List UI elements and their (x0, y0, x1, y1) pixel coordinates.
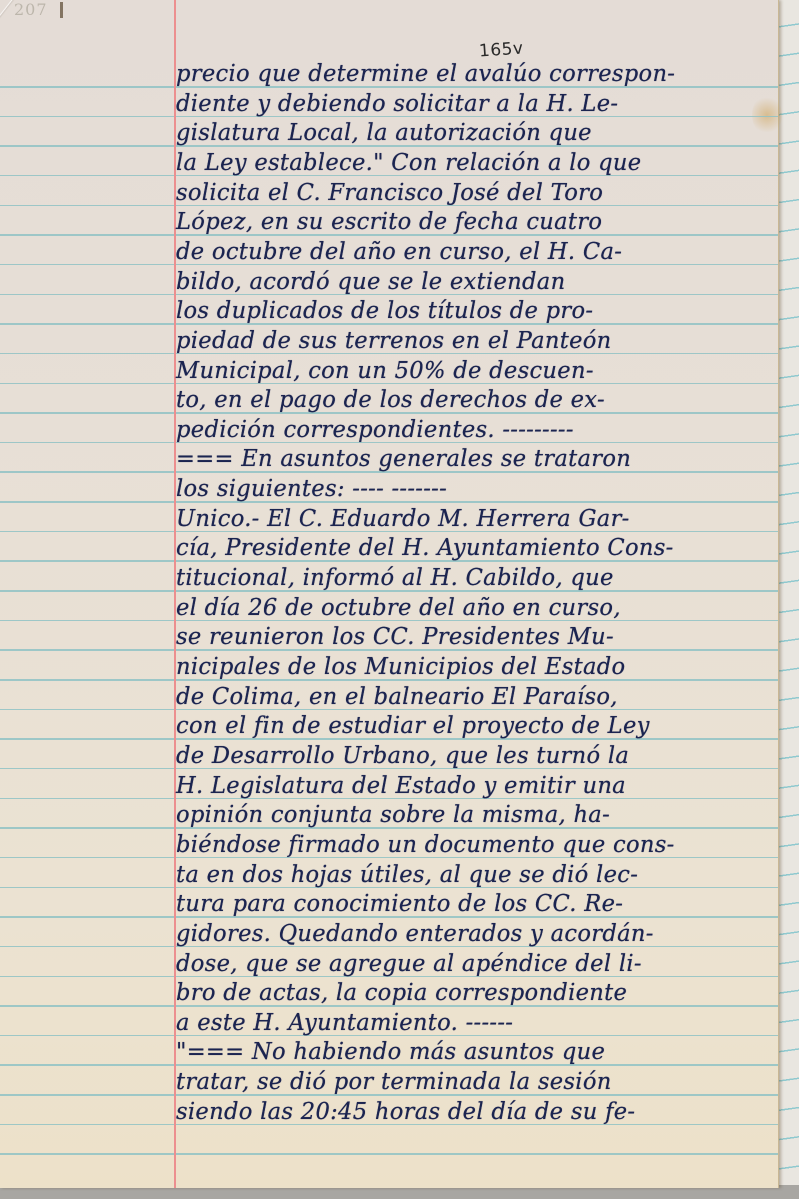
text-line: dose, que se agregue al apéndice del li- (176, 949, 766, 979)
text-line: H. Legislatura del Estado y emitir una (176, 771, 766, 801)
text-line: opinión conjunta sobre la misma, ha- (176, 800, 766, 830)
text-line: con el fin de estudiar el proyecto de Le… (176, 711, 766, 741)
text-line: ta en dos hojas útiles, al que se dió le… (176, 860, 766, 890)
text-line: López, en su escrito de fecha cuatro (176, 207, 766, 237)
text-line: titucional, informó al H. Cabildo, que (176, 563, 766, 593)
text-line: biéndose firmado un documento que cons- (176, 830, 766, 860)
text-line: de Colima, en el balneario El Paraíso, (176, 682, 766, 712)
text-line: Unico.- El C. Eduardo M. Herrera Gar- (176, 504, 766, 534)
text-line: precio que determine el avalúo correspon… (176, 59, 766, 89)
text-line: la Ley establece." Con relación a lo que (176, 148, 766, 178)
text-line: los duplicados de los títulos de pro- (176, 296, 766, 326)
text-line: los siguientes: ---- ------- (176, 474, 766, 504)
text-line: gislatura Local, la autorización que (176, 118, 766, 148)
text-line: tratar, se dió por terminada la sesión (176, 1067, 766, 1097)
text-line: a este H. Ayuntamiento. ------ (176, 1008, 766, 1038)
text-line: === En asuntos generales se trataron (176, 444, 766, 474)
corner-mark (60, 2, 63, 18)
text-line: piedad de sus terrenos en el Panteón (176, 326, 766, 356)
text-line: de octubre del año en curso, el H. Ca- (176, 237, 766, 267)
text-line: "=== No habiendo más asuntos que (176, 1037, 766, 1067)
ledger-page: 207 165v precio que determine el avalúo … (0, 0, 779, 1188)
text-line: se reunieron los CC. Presidentes Mu- (176, 622, 766, 652)
text-line: siendo las 20:45 horas del día de su fe- (176, 1097, 766, 1127)
text-line: diente y debiendo solicitar a la H. Le- (176, 89, 766, 119)
text-line: cía, Presidente del H. Ayuntamiento Cons… (176, 533, 766, 563)
text-line: pedición correspondientes. --------- (176, 415, 766, 445)
text-line: bildo, acordó que se le extiendan (176, 267, 766, 297)
text-line: de Desarrollo Urbano, que les turnó la (176, 741, 766, 771)
rule-line (0, 1153, 778, 1155)
text-line: bro de actas, la copia correspondiente (176, 978, 766, 1008)
text-line: solicita el C. Francisco José del Toro (176, 178, 766, 208)
text-line: to, en el pago de los derechos de ex- (176, 385, 766, 415)
text-line: gidores. Quedando enterados y acordán- (176, 919, 766, 949)
text-line: nicipales de los Municipios del Estado (176, 652, 766, 682)
text-line: el día 26 de octubre del año en curso, (176, 593, 766, 623)
text-line: tura para conocimiento de los CC. Re- (176, 889, 766, 919)
text-line: Municipal, con un 50% de descuen- (176, 356, 766, 386)
document-scan: 207 165v precio que determine el avalúo … (0, 0, 799, 1199)
corner-stamp: 207 (14, 0, 48, 19)
